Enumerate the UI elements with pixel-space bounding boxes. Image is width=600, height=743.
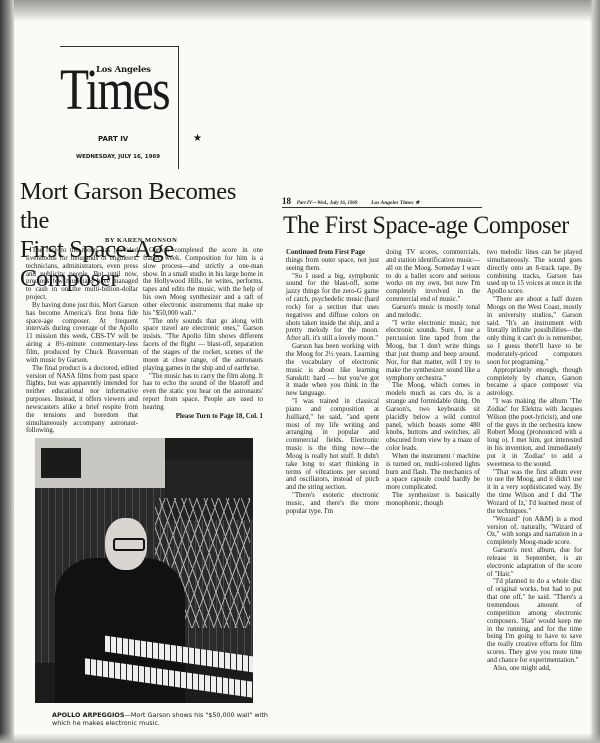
byline: BY KAREN MONSON [105, 237, 177, 244]
front-column-2: Garson completed the score in one franti… [143, 247, 263, 421]
paragraph: "The only sounds that go along with spac… [143, 318, 263, 373]
inside-column-1: Continued from First Page things from ou… [286, 249, 379, 516]
paragraph: The Moog, which comes in models much as … [386, 382, 480, 453]
page-number: 18 [282, 196, 291, 206]
paragraph: The final product is a doctored, edited … [26, 365, 138, 436]
photo-garson-moog [35, 438, 253, 703]
paragraph: "There's esoteric electronic music, and … [286, 492, 379, 516]
paragraph: Garson has been working with the Moog fo… [286, 343, 379, 398]
paragraph: things from outer space, not just seeing… [286, 257, 379, 273]
star-icon: ★ [193, 133, 202, 144]
page-info: Part IV—Wed., July 16, 1969 [297, 201, 358, 206]
paragraph: "That was the first album ever to use th… [487, 469, 582, 516]
front-headline-line1: Mort Garson Becomes the [20, 177, 270, 235]
paragraph: The synthesizer is basically monophonic,… [386, 492, 480, 508]
paragraph: doing TV scores, commercials, and statio… [386, 249, 480, 304]
scan-shadow-bottom [0, 733, 600, 743]
inside-headline: The First Space-age Composer [283, 212, 569, 240]
front-column-1: The race to the moon has provided liveli… [26, 247, 138, 435]
glasses [113, 538, 145, 551]
paragraph: Also, one might add, [487, 665, 582, 673]
paragraph: When the instrument / machine is turned … [386, 453, 480, 492]
paragraph: "So I used a big, symphonic sound for th… [286, 273, 379, 344]
paragraph: Garson completed the score in one franti… [143, 247, 263, 318]
paragraph: two melodic lines can be played simultan… [487, 249, 582, 296]
paragraph: "The music has to carry the film along. … [143, 373, 263, 412]
scan-shadow-right [590, 0, 600, 743]
paragraph: The race to the moon has provided liveli… [26, 247, 138, 302]
jump-line: Please Turn to Page 18, Col. 1 [143, 413, 263, 421]
paragraph: "I was trained in classical piano and co… [286, 398, 379, 492]
paragraph: Garson's music is mostly tonal and melod… [386, 304, 480, 320]
paragraph: "I write electronic music, not electroni… [386, 320, 480, 383]
caption-lead: APOLLO ARPEGGIOS [52, 711, 124, 719]
masthead-los-angeles: Los Angeles [96, 65, 151, 75]
paragraph: "I was making the album 'The Zodiac' for… [487, 398, 582, 469]
paragraph: "There are about a half dozen Moogs on t… [487, 296, 582, 367]
paper-name: Los Angeles Times ★ [371, 200, 420, 206]
paragraph: By having done just this, Mort Garson ha… [26, 302, 138, 365]
paragraph: "I'd planned to do a whole disc of origi… [487, 578, 582, 664]
continued-line: Continued from First Page [286, 249, 379, 257]
masthead-section: PART IV [98, 135, 128, 143]
masthead-date: WEDNESDAY, JULY 16, 1969 [76, 154, 160, 160]
scan-shadow-top [0, 0, 600, 22]
newspaper-masthead: Times Los Angeles PART IV ★ WEDNESDAY, J… [60, 46, 179, 169]
paragraph: Appropriately enough, though completely … [487, 367, 582, 398]
paragraph: "Wozard" (on A&M) is a mod version of, n… [487, 516, 582, 547]
inside-column-2: doing TV scores, commercials, and statio… [386, 249, 480, 508]
inside-page-header: 18 Part IV—Wed., July 16, 1969 Los Angel… [282, 196, 482, 208]
inside-column-3: two melodic lines can be played simultan… [487, 249, 582, 673]
scan-shadow-left [0, 0, 14, 743]
photo-caption: APOLLO ARPEGGIOS—Mort Garson shows his "… [52, 711, 272, 727]
paragraph: Garson's next album, due for release in … [487, 547, 582, 578]
